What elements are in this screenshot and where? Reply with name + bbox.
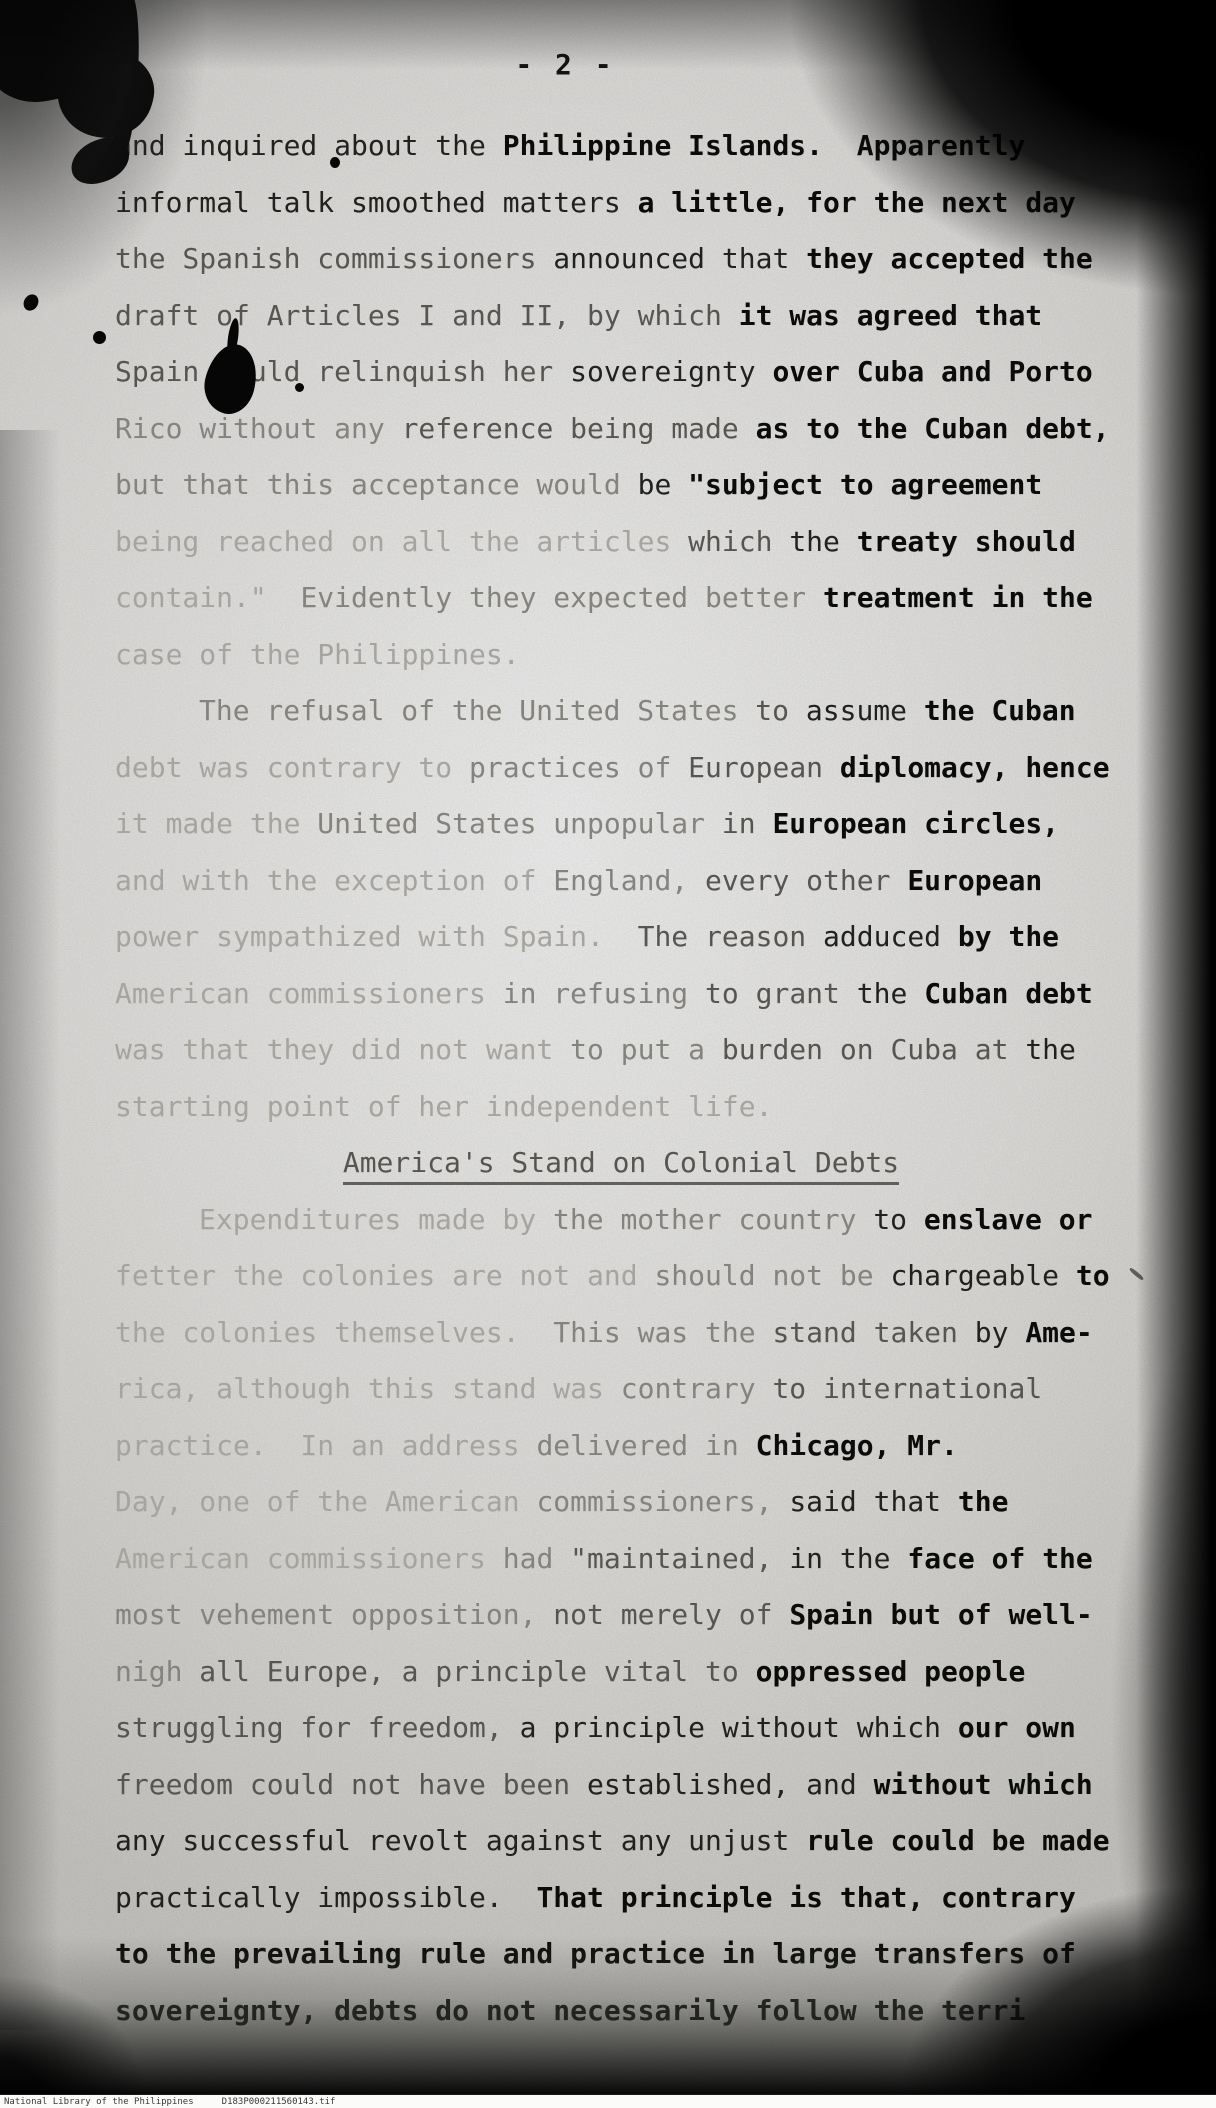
- typed-segment: American commissioners: [115, 1542, 503, 1575]
- typed-segment: "subject to agreement: [688, 468, 1042, 501]
- typed-segment: "maintained,: [570, 1542, 789, 1575]
- typed-segment: the: [789, 525, 856, 558]
- typed-segment: by the: [958, 920, 1059, 953]
- typed-line: debt was contrary to practices of Europe…: [115, 740, 1127, 797]
- typed-segment: to grant: [705, 977, 857, 1010]
- typed-segment: most vehement opposition,: [115, 1598, 553, 1631]
- typed-segment: said that: [789, 1485, 958, 1518]
- typed-segment: it was agreed that: [739, 299, 1042, 332]
- typed-segment: oppressed people: [756, 1655, 1026, 1688]
- typed-line: struggling for freedom, a principle with…: [115, 1700, 1127, 1757]
- typed-segment: This was the: [553, 1316, 772, 1349]
- typed-line: sovereignty, debts do not necessarily fo…: [115, 1983, 1127, 2040]
- typed-segment: should not be: [654, 1259, 890, 1292]
- typed-segment: the: [857, 977, 924, 1010]
- scan-filename: D183P000211560143.tif: [222, 2097, 336, 2107]
- typed-segment: be: [638, 468, 689, 501]
- page-number: - 2 -: [115, 48, 1015, 81]
- typed-text-block: and inquired about the Philippine Island…: [115, 118, 1127, 2039]
- typed-segment: Chicago, Mr.: [756, 1429, 958, 1462]
- typed-line: fetter the colonies are not and should n…: [115, 1248, 1127, 1305]
- typed-segment: Spain would relinquish her: [115, 355, 570, 388]
- typed-segment: burden on Cuba at: [722, 1033, 1025, 1066]
- typed-segment: United States unpopular: [317, 807, 722, 840]
- typed-segment: any successful revolt against any unjust: [115, 1824, 806, 1857]
- typed-line: rica, although this stand was contrary t…: [115, 1361, 1127, 1418]
- typed-segment: freedom could not have been: [115, 1768, 587, 1801]
- typed-segment: case of the Philippines.: [115, 638, 520, 671]
- typed-segment: draft of Articles I and II, by which: [115, 299, 739, 332]
- typed-segment: being reached on all the articles: [115, 525, 688, 558]
- typed-segment: established, and: [587, 1768, 874, 1801]
- heading-underline: America's Stand on Colonial Debts: [343, 1146, 899, 1185]
- typed-segment: the colonies themselves.: [115, 1316, 553, 1349]
- typed-segment: Ame-: [1025, 1316, 1092, 1349]
- typed-segment: but that this acceptance would: [115, 468, 638, 501]
- typed-segment: announced that: [553, 242, 806, 275]
- typed-segment: contrary: [621, 1372, 773, 1405]
- typed-line: freedom could not have been established,…: [115, 1757, 1127, 1814]
- typed-segment: practically impossible.: [115, 1881, 536, 1914]
- typed-segment: the mother country: [553, 1203, 873, 1236]
- typed-segment: informal talk smoothed matters: [115, 186, 638, 219]
- typed-segment: in: [722, 807, 773, 840]
- typed-line: any successful revolt against any unjust…: [115, 1813, 1127, 1870]
- typed-segment: practice. In an address: [115, 1429, 536, 1462]
- typed-segment: sovereignty, debts do not necessarily fo…: [115, 1994, 1025, 2027]
- typed-segment: Expenditures made by: [199, 1203, 553, 1236]
- typed-segment: the: [958, 1485, 1009, 1518]
- typed-segment: a little, for the next day: [638, 186, 1076, 219]
- typed-segment: to the prevailing rule and practice in l…: [115, 1937, 1076, 1970]
- typed-segment: chargeable: [890, 1259, 1075, 1292]
- typed-segment: power sympathized with Spain.: [115, 920, 638, 953]
- typed-segment: every other: [705, 864, 907, 897]
- typed-segment: the Spanish commissioners: [115, 242, 553, 275]
- typed-line: The refusal of the United States to assu…: [115, 683, 1127, 740]
- typed-line: Spain would relinquish her sovereignty o…: [115, 344, 1127, 401]
- typed-segment: treatment in the: [823, 581, 1093, 614]
- typed-line: was that they did not want to put a burd…: [115, 1022, 1127, 1079]
- typed-line: case of the Philippines.: [115, 627, 1127, 684]
- typed-segment: to: [873, 1203, 924, 1236]
- typed-line: contain." Evidently they expected better…: [115, 570, 1127, 627]
- typed-segment: practices of: [469, 751, 688, 784]
- ink-speck: [295, 383, 304, 392]
- ink-speck: [93, 331, 106, 344]
- typed-segment: to international: [772, 1372, 1042, 1405]
- typed-segment: Rico without any: [115, 412, 402, 445]
- typed-line: and with the exception of England, every…: [115, 853, 1127, 910]
- typed-line: power sympathized with Spain. The reason…: [115, 909, 1127, 966]
- typed-segment: the Cuban: [924, 694, 1076, 727]
- typed-segment: as to the Cuban debt,: [756, 412, 1110, 445]
- typed-line: it made the United States unpopular in E…: [115, 796, 1127, 853]
- typed-segment: commissioners,: [536, 1485, 789, 1518]
- typed-segment: to: [755, 694, 806, 727]
- typed-segment: stand taken: [772, 1316, 974, 1349]
- typed-segment: struggling for freedom,: [115, 1711, 520, 1744]
- typed-segment: The reason: [638, 920, 823, 953]
- typed-segment: reference being made: [402, 412, 756, 445]
- typed-segment: and with the exception of: [115, 864, 553, 897]
- typed-segment: by: [975, 1316, 1026, 1349]
- ink-speck: [330, 157, 340, 168]
- typed-line: American commissioners had "maintained, …: [115, 1531, 1127, 1588]
- typed-segment: American commissioners: [115, 977, 503, 1010]
- typed-line: informal talk smoothed matters a little,…: [115, 175, 1127, 232]
- typed-segment: without which: [874, 1768, 1093, 1801]
- typed-segment: England,: [553, 864, 705, 897]
- scanned-document-page: - 2 - and inquired about the Philippine …: [0, 0, 1216, 2108]
- typed-line: the Spanish commissioners announced that…: [115, 231, 1127, 288]
- typed-line: starting point of her independent life.: [115, 1079, 1127, 1136]
- typed-segment: Day, one of the American: [115, 1485, 536, 1518]
- typed-line: practically impossible. That principle i…: [115, 1870, 1127, 1927]
- typed-segment: adduced: [823, 920, 958, 953]
- typed-segment: to put a: [570, 1033, 722, 1066]
- typed-segment: fetter the colonies are not and: [115, 1259, 654, 1292]
- typed-segment: sovereignty: [570, 355, 772, 388]
- typed-segment: delivered in: [536, 1429, 755, 1462]
- typed-line: practice. In an address delivered in Chi…: [115, 1418, 1127, 1475]
- typed-segment: America's Stand on Colonial Debts: [343, 1146, 899, 1179]
- typed-segment: in refusing: [503, 977, 705, 1010]
- typed-segment: treaty should: [857, 525, 1076, 558]
- typed-segment: European circles,: [772, 807, 1059, 840]
- typed-line: Day, one of the American commissioners, …: [115, 1474, 1127, 1531]
- typed-segment: nigh: [115, 1655, 199, 1688]
- typed-segment: debt was contrary to: [115, 751, 469, 784]
- typed-segment: starting point of her independent life.: [115, 1090, 772, 1123]
- typed-segment: all Europe, a principle vital to: [199, 1655, 755, 1688]
- library-name: National Library of the Philippines: [4, 2097, 194, 2107]
- typed-line: but that this acceptance would be "subje…: [115, 457, 1127, 514]
- typed-segment: That principle is that, contrary: [536, 1881, 1075, 1914]
- typed-segment: a principle without which: [520, 1711, 958, 1744]
- typed-line: being reached on all the articles which …: [115, 514, 1127, 571]
- typed-segment: Evidently they expected better: [300, 581, 823, 614]
- typed-segment: to: [1076, 1259, 1110, 1292]
- typed-line: most vehement opposition, not merely of …: [115, 1587, 1127, 1644]
- typed-line: American commissioners in refusing to gr…: [115, 966, 1127, 1023]
- typed-segment: assume: [806, 694, 924, 727]
- typed-segment: the: [1025, 1033, 1076, 1066]
- typed-segment: they accepted the: [806, 242, 1093, 275]
- typed-segment: in the: [789, 1542, 907, 1575]
- typed-segment: enslave or: [924, 1203, 1093, 1236]
- typed-line: nigh all Europe, a principle vital to op…: [115, 1644, 1127, 1701]
- typed-segment: had: [503, 1542, 570, 1575]
- typed-segment: which: [688, 525, 789, 558]
- typed-segment: and inquired about the: [115, 129, 503, 162]
- typed-line: Expenditures made by the mother country …: [115, 1192, 1127, 1249]
- typed-segment: The refusal of the United States: [199, 694, 755, 727]
- typed-segment: Philippine Islands. Apparently: [503, 129, 1026, 162]
- typed-segment: it made the: [115, 807, 317, 840]
- typed-segment: face of the: [907, 1542, 1092, 1575]
- typed-segment: rica, although this stand was: [115, 1372, 621, 1405]
- typed-segment: our own: [958, 1711, 1076, 1744]
- typed-segment: was that they did not want: [115, 1033, 570, 1066]
- typed-segment: Spain but of well-: [789, 1598, 1092, 1631]
- typed-line: and inquired about the Philippine Island…: [115, 118, 1127, 175]
- typed-line: draft of Articles I and II, by which it …: [115, 288, 1127, 345]
- typed-segment: European: [907, 864, 1042, 897]
- typed-segment: European: [688, 751, 840, 784]
- typed-line: the colonies themselves. This was the st…: [115, 1305, 1127, 1362]
- typed-segment: contain.": [115, 581, 300, 614]
- typed-segment: not merely of: [553, 1598, 789, 1631]
- typed-line: Rico without any reference being made as…: [115, 401, 1127, 458]
- typed-segment: rule could be made: [806, 1824, 1109, 1857]
- typed-segment: over Cuba and Porto: [772, 355, 1092, 388]
- typed-segment: Cuban debt: [924, 977, 1093, 1010]
- typed-segment: diplomacy, hence: [840, 751, 1110, 784]
- typed-line: to the prevailing rule and practice in l…: [115, 1926, 1127, 1983]
- footer-bar: National Library of the Philippines D183…: [0, 2094, 1216, 2108]
- section-heading: America's Stand on Colonial Debts: [115, 1135, 1127, 1192]
